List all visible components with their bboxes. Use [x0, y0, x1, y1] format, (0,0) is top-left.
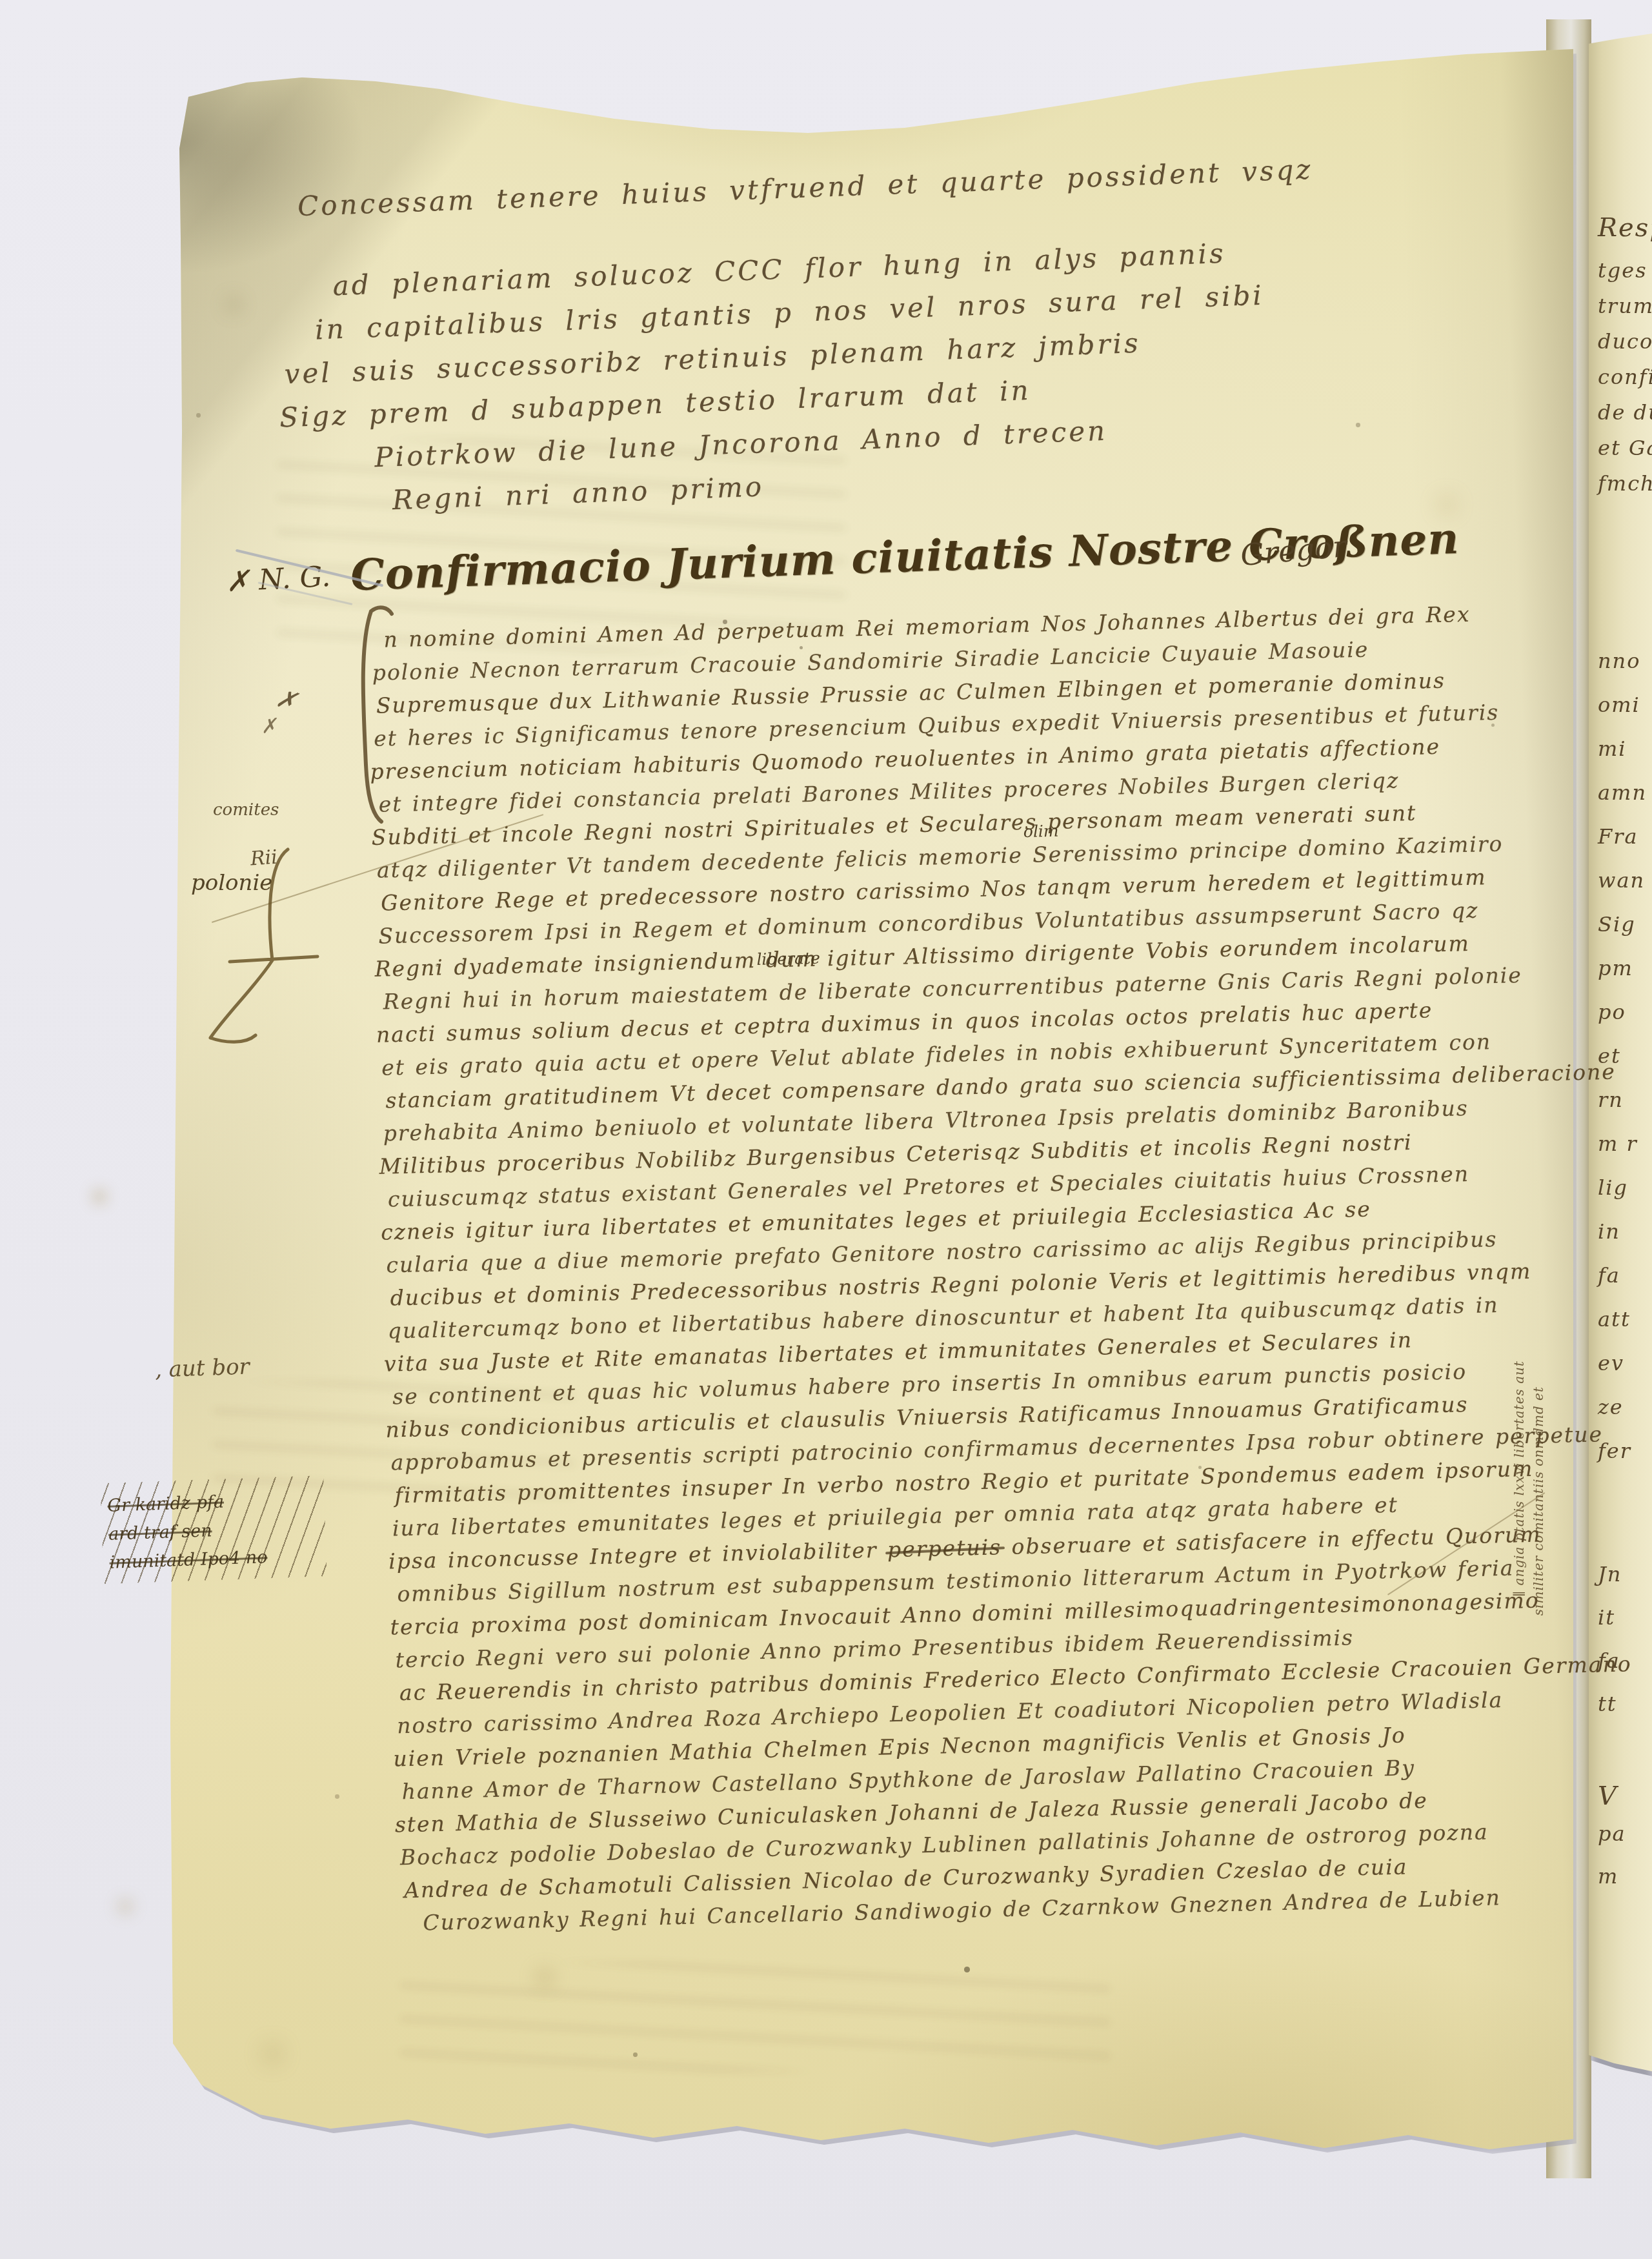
- charter-text-block: n nomine domini Amen Ad perpetuam Rei me…: [367, 596, 1575, 1940]
- next-page-text-fragment: in: [1598, 1219, 1620, 1244]
- next-page-text-fragment: Resp: [1598, 213, 1652, 243]
- show-through-smudge: [400, 1962, 1110, 2072]
- next-page-text-fragment: m r: [1598, 1131, 1638, 1156]
- next-page-text-fragment: it: [1598, 1605, 1615, 1630]
- next-page-text-fragment: wan: [1598, 868, 1645, 893]
- next-page-text-fragment: duco: [1598, 329, 1652, 354]
- next-page-text-fragment: trum: [1598, 294, 1652, 318]
- margin-note-aut-bor: , aut bor: [154, 1353, 250, 1383]
- next-page-text-fragment: pa: [1598, 1821, 1626, 1846]
- next-page-text-fragment: Sig: [1598, 912, 1636, 937]
- heading-margin-mark: ✗ N. G.: [225, 560, 332, 598]
- next-page-text-fragment: amn: [1598, 780, 1647, 805]
- margin-note-struck: Gr karidz pfa ard traf sen imunitatd Ipo…: [107, 1484, 323, 1577]
- next-page-sliver: Resp tges trum duco confil de du et Ga f…: [1589, 34, 1652, 2080]
- next-page-text-fragment: m: [1598, 1864, 1618, 1889]
- next-page-text-fragment: Jn: [1598, 1562, 1622, 1586]
- interlinear-insertion: olim: [1023, 822, 1059, 841]
- struck-text-line: imunitatd Ipo4 no: [109, 1541, 323, 1577]
- top-note-block: Concessam tenere huius vtfruend et quart…: [268, 148, 1324, 526]
- next-page-text-fragment: confil: [1598, 365, 1652, 389]
- next-page-text-fragment: omi: [1598, 693, 1640, 717]
- next-page-text-fragment: ze: [1598, 1395, 1624, 1419]
- next-page-text-fragment: fa: [1598, 1263, 1620, 1288]
- margin-flourish: [191, 838, 339, 1051]
- interlinear-insertion: liberate: [756, 949, 820, 969]
- struck-text-line: Gr karidz pfa: [107, 1484, 321, 1520]
- manuscript-scan: Resp tges trum duco confil de du et Ga f…: [0, 0, 1652, 2259]
- foxing-stains: [0, 0, 3, 3]
- margin-note-comites: comites: [213, 800, 279, 820]
- next-page-text-fragment: tges: [1598, 258, 1647, 283]
- next-page-text-fragment: fmch: [1598, 471, 1652, 496]
- next-page-text-fragment: nno: [1598, 649, 1640, 673]
- struck-text-line: ard traf sen: [108, 1513, 321, 1548]
- margin-x-mark: ✗: [259, 714, 278, 738]
- next-page-text-fragment: pm: [1598, 956, 1633, 980]
- next-page-text-fragment: mi: [1598, 736, 1627, 761]
- next-page-text-fragment: rn: [1598, 1088, 1624, 1112]
- next-page-text-fragment: po: [1598, 1000, 1626, 1024]
- next-page-text-fragment: ev: [1598, 1351, 1624, 1375]
- next-page-text-fragment: lig: [1598, 1175, 1628, 1200]
- next-page-text-fragment: att: [1598, 1307, 1631, 1332]
- next-page-text-fragment: Fra: [1598, 824, 1638, 849]
- next-page-text-fragment: et Ga: [1598, 436, 1652, 460]
- vertical-note-line: ∥ angia ptatis lxxvi libertates aut: [1511, 1361, 1527, 1597]
- next-page-text-fragment: V: [1598, 1781, 1618, 1811]
- next-page-text-fragment: tt: [1598, 1692, 1617, 1716]
- next-page-text-fragment: de du: [1598, 400, 1652, 425]
